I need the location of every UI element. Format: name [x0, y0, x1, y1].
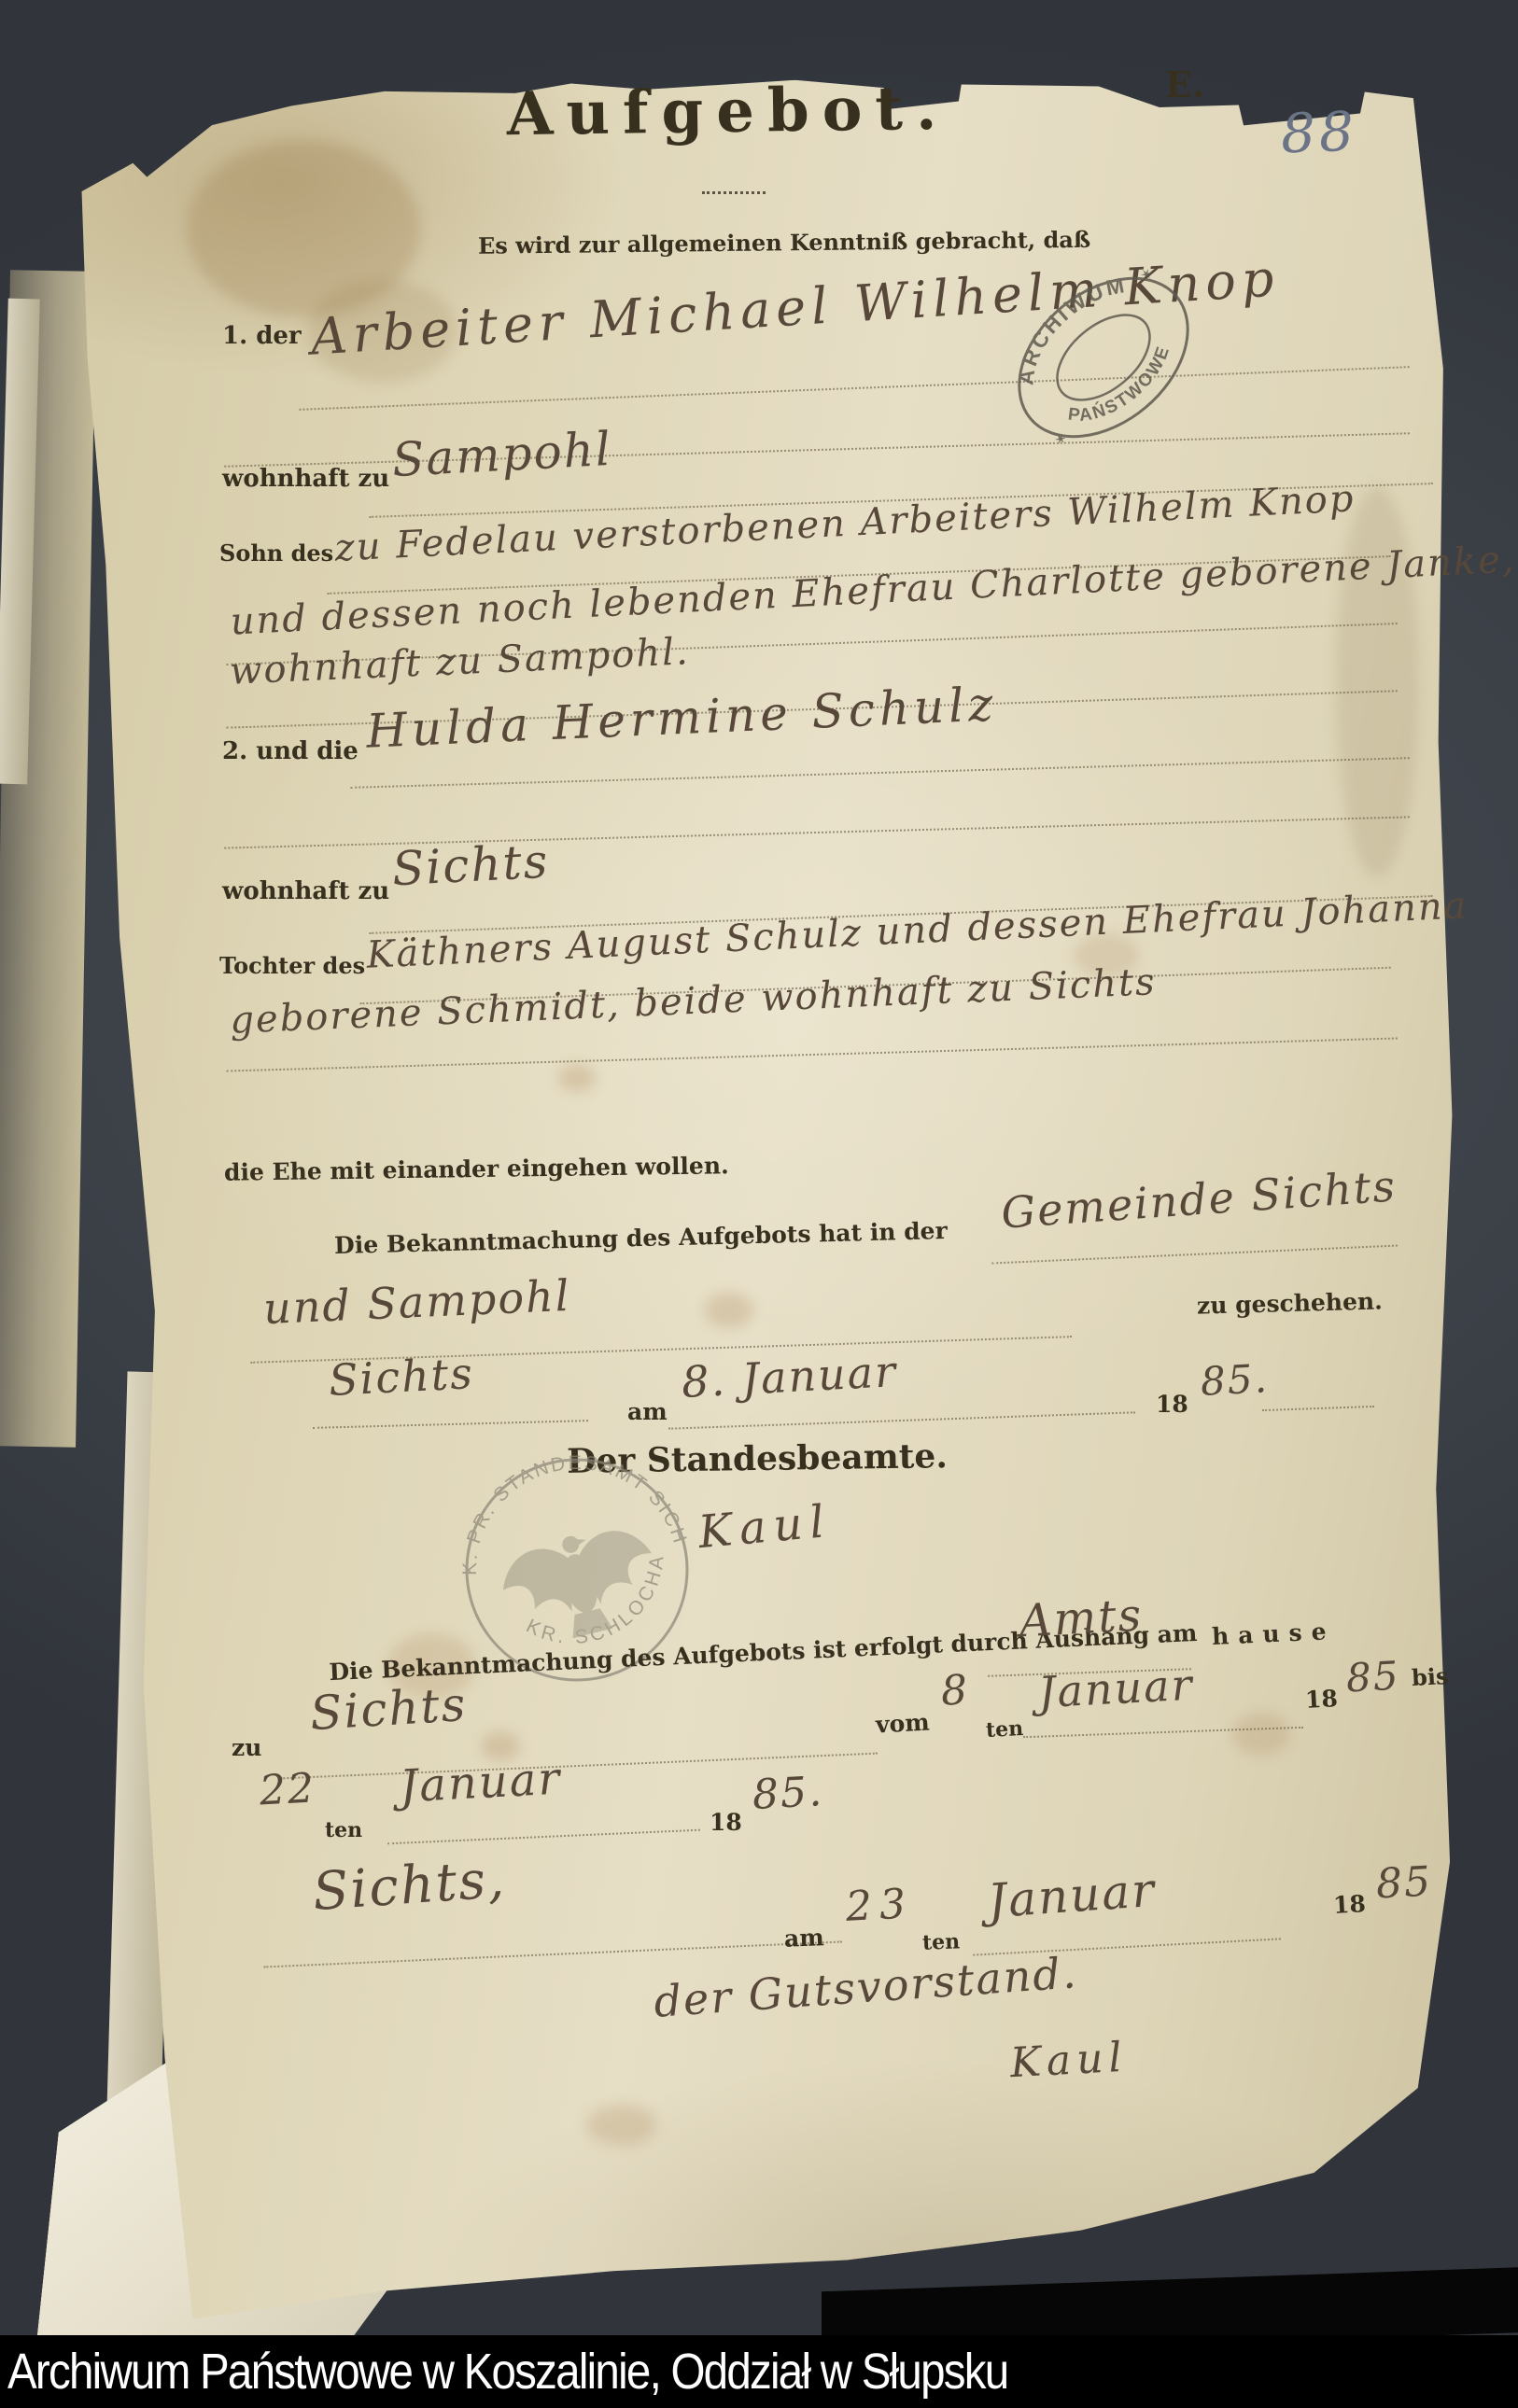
dateline1-year: 85.: [1200, 1355, 1270, 1405]
official-signature: Kaul: [1009, 2034, 1129, 2087]
posting-end-month: Januar: [399, 1753, 563, 1813]
stamp-star-icon: ✶: [1050, 428, 1071, 450]
document-title: Aufgebot.: [485, 73, 972, 149]
bride-residence: Sichts: [391, 834, 551, 897]
am-label2: am: [784, 1924, 825, 1952]
archive-caption-bar: Archiwum Państwowe w Koszalinie, Oddział…: [0, 2335, 1518, 2408]
posting-start-month: Januar: [1037, 1659, 1195, 1718]
ten-label2: ten: [325, 1818, 362, 1842]
zu-label: zu: [232, 1734, 261, 1761]
bis-label: bis: [1411, 1662, 1449, 1691]
bride-residence-label: wohnhaft zu: [222, 877, 389, 905]
item1-label: 1. der: [222, 322, 302, 350]
zu-geschehen-label: zu geschehen.: [1197, 1287, 1384, 1319]
archive-caption: Archiwum Państwowe w Koszalinie, Oddział…: [7, 2343, 1007, 2401]
groom-parents-label: Sohn des: [219, 539, 333, 567]
posting-start-year: 85: [1345, 1653, 1401, 1701]
posting-end-year: 85.: [752, 1768, 825, 1819]
posting-end-day: 22: [259, 1764, 317, 1814]
item2-label: 2. und die: [222, 737, 358, 765]
year-prefix3: 18: [710, 1809, 742, 1836]
intro-line: Es wird zur allgemeinen Kenntniß gebrach…: [478, 227, 963, 259]
year-prefix: 18: [1156, 1391, 1188, 1418]
posting-start-day: 8: [940, 1666, 971, 1715]
final-day: 23: [845, 1880, 915, 1931]
groom-residence-label: wohnhaft zu: [222, 465, 389, 493]
groom-residence: Sampohl: [391, 422, 613, 487]
year-prefix4: 18: [1332, 1890, 1366, 1919]
year-prefix2: 18: [1304, 1685, 1338, 1714]
paper-stain: [558, 1064, 596, 1092]
aushang-place: Amts: [1019, 1589, 1145, 1648]
final-year: 85: [1375, 1857, 1434, 1908]
posting-place: Sichts: [308, 1677, 468, 1741]
paper-stain: [705, 1293, 753, 1328]
page-number: 88: [1280, 100, 1358, 166]
ten-label3: ten: [922, 1929, 961, 1954]
dateline1-place: Sichts: [328, 1348, 475, 1406]
title-flourish: [702, 189, 766, 194]
corner-mark: E.: [1165, 63, 1204, 105]
ten-label: ten: [985, 1716, 1023, 1743]
vom-label: vom: [875, 1709, 930, 1739]
bride-parents-label: Tochter des: [219, 952, 365, 979]
paper-stain: [586, 2105, 656, 2146]
paper-stain: [1232, 1713, 1290, 1756]
hause-label: hause: [1211, 1617, 1336, 1650]
scan-background: E. 88 Aufgebot. Es wird zur allgemeinen …: [0, 0, 1518, 2408]
